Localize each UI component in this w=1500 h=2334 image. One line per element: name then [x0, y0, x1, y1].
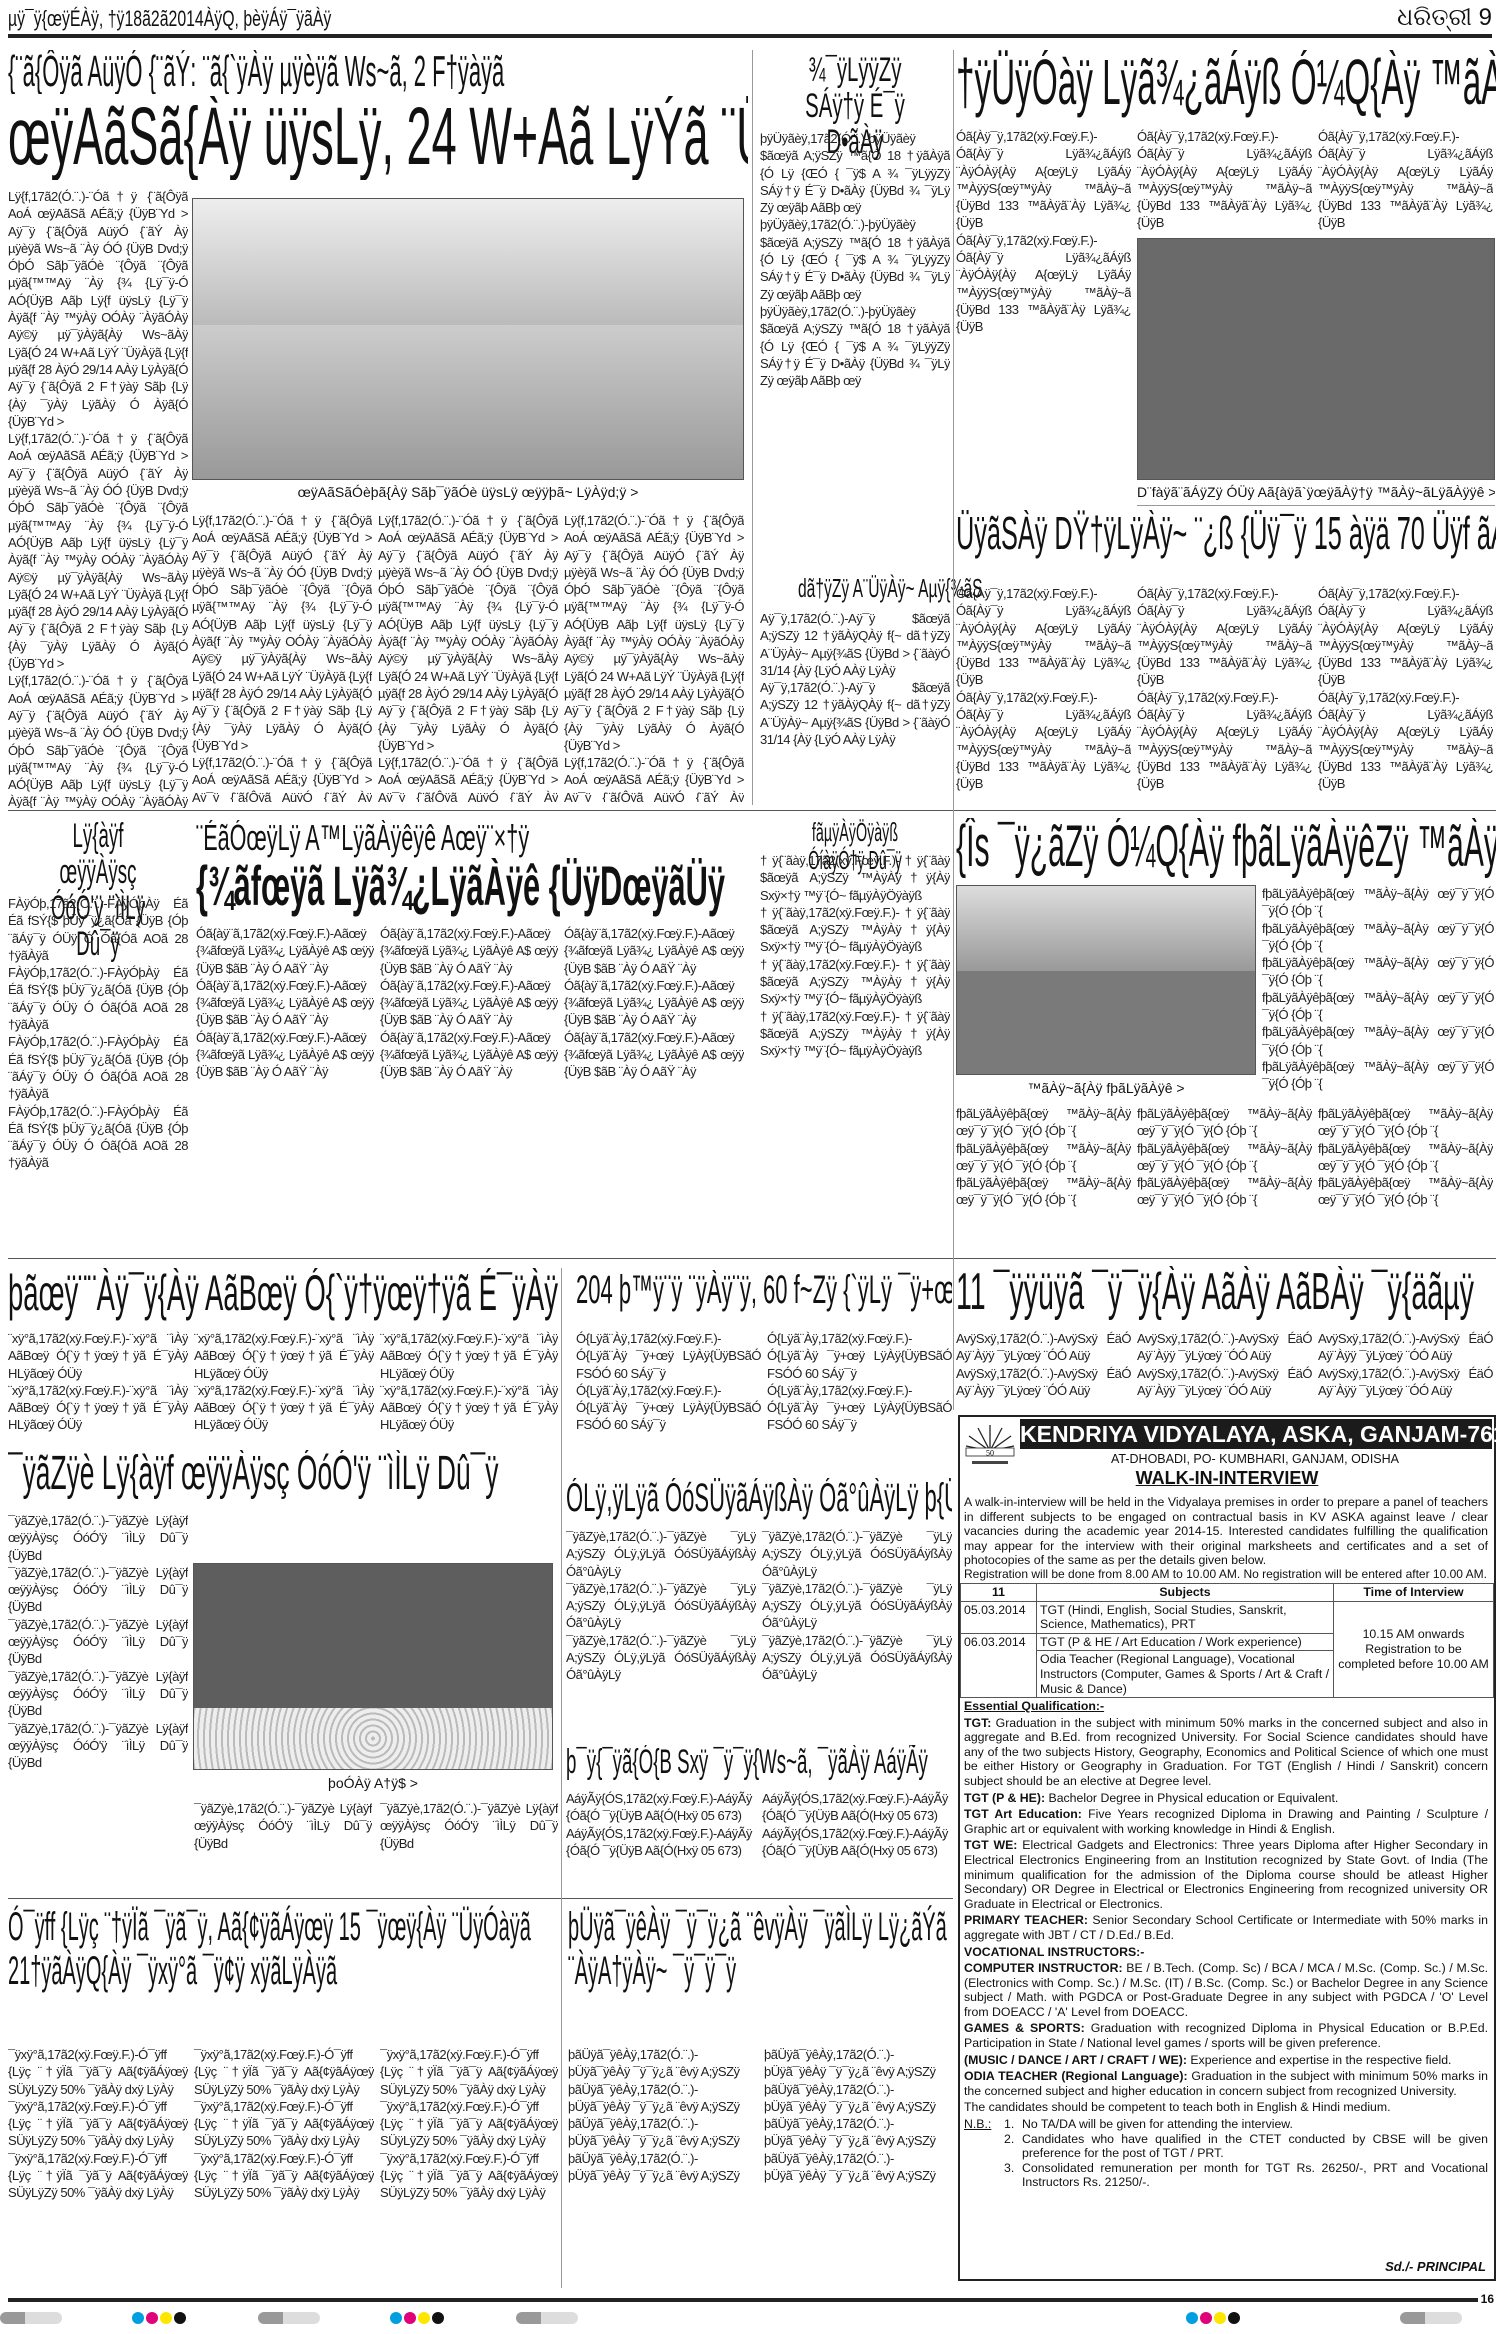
registration-note: Registration will be done from 8.00 AM t…	[964, 1567, 1488, 1582]
qualification-item: COMPUTER INSTRUCTOR: BE / B.Tech. (Comp.…	[964, 1961, 1488, 2019]
cyan-registration-dot	[390, 2312, 402, 2324]
section-name: ଧରିତ୍ରୀ	[1397, 4, 1472, 31]
top-mid-body: þÿÜÿãèÿ,17ã2(Ó.¨.)-þÿÜÿãèÿ $ãœÿã A;ÿSZÿ …	[760, 130, 950, 570]
page-code: 16	[1481, 2292, 1494, 2306]
row4-left-headline: ¯ÿãZÿè Lÿ{àÿf œÿÿÀÿsç ÓóÓ'ÿ ¨ìÌLÿ Dû¯ÿ	[8, 1450, 558, 1504]
lead-body-col1: Lÿ{f,17ã2(Ó.¨.)-¨Óã†ÿ {¨ã{Ôÿã AoÁ œÿAãSã…	[8, 188, 188, 808]
row3-right-body-col1: AvÿSxÿ,17ã2(Ó.¨.)-AvÿSxÿ ÉäÓ Aÿ¨Àÿÿ ¯ÿLÿ…	[956, 1330, 1131, 1410]
masthead-rule	[8, 34, 1492, 38]
lead-headline: œÿAãSã{Àÿ üÿsLÿ, 24 W+Aã LÿÝã ¨ÜÿÀÿã	[8, 96, 748, 178]
row4-left-body-col2: ¯ÿãZÿè,17ã2(Ó.¨.)-¯ÿãZÿè Lÿ{àÿf œÿÿÀÿsç …	[194, 1800, 372, 1892]
row2-narrow-body: †ÿ{¨ãàÿ,17ã2(xÿ.Fœÿ.F.)-†ÿ{¨ãàÿ $ãœÿã A;…	[760, 852, 950, 1250]
yellow-registration-dot	[1214, 2312, 1226, 2324]
masthead: µÿ¯ÿ{œÿÉÀÿ, †ÿ18ã2ã2014ÀÿQ, þèÿÁÿ¯ÿãÀÿ ଧ…	[8, 0, 1492, 40]
row5-mid-headline: þÜÿã¯ÿêÀÿ ¯ÿ¯ÿ¿ã ¨êvÿÀÿ ¯ÿãÌLÿ Lÿ¿ãÝã ¨À…	[568, 1905, 952, 2045]
row2-right-headline: {Îs ¯ÿ¿ãZÿ Ó¼Q{Àÿ fþãLÿãÀÿêZÿ ™ãÀÿ~ã	[956, 818, 1496, 880]
col-header-time: Time of Interview	[1334, 1584, 1494, 1602]
row4-photo-caption: þoÓÀÿ A†ÿ$ >	[193, 1775, 553, 1791]
lead-photo-caption: œÿAãSãÓèþã{Àÿ Sãþ¯ÿãÓè üÿsLÿ œÿÿþã~ LÿÀÿ…	[192, 484, 744, 500]
top-mid-sub-body: Aÿ¯ÿ,17ã2(Ó.¨.)-Aÿ¯ÿ $ãœÿã A;ÿSZÿ 12 †ÿã…	[760, 610, 950, 805]
magenta-registration-dot	[146, 2312, 158, 2324]
essential-heading: Essential Qualification:-	[964, 1699, 1488, 1714]
page-number: 9	[1479, 4, 1492, 31]
top-right-headline: †ÿÜÿÓàÿ Lÿã¾¿ãÁÿß Ó¼Q{Àÿ ™ãÀÿ~ã ¨†ÿ¿ãÜÿ†…	[956, 50, 1496, 120]
row4-mid-body-col2: ¯ÿãZÿè,17ã2(Ó.¨.)-¯ÿãZÿè ¯ÿLÿ A;ÿSZÿ ÓLÿ…	[762, 1528, 952, 1738]
top-right-photo-meeting	[1137, 238, 1495, 480]
yellow-registration-dot	[160, 2312, 172, 2324]
ad-intro: A walk-in-interview will be held in the …	[964, 1495, 1488, 1568]
institution-name: KENDRIYA VIDYALAYA, ASKA, GANJAM-761111	[1020, 1419, 1492, 1449]
row3-right-headline: 11 ¯ÿÿüÿã ¯ÿ¯ÿ{Àÿ AãÀÿ AãBÀÿ ¯ÿ{äãµÿ	[956, 1266, 1496, 1324]
registration-bar	[258, 2312, 320, 2324]
interview-schedule-table: 11 Subjects Time of Interview 05.03.2014…	[960, 1583, 1494, 1698]
registration-bar	[0, 2312, 62, 2324]
row5-left-headline: Ó¯ÿff {Lÿç ¨†ÿÏã ¯ÿã¯ÿ, Aã{¢ÿãÁÿœÿ 15 ¯ÿ…	[8, 1905, 558, 2045]
section-divider	[8, 1898, 953, 1899]
row2-right-body-col2: fþãLÿãÀÿêþã{œÿ ™ãÀÿ~ã{Àÿ œÿ¯ÿ¯ÿ{Ó ¯ÿ{Ó {…	[956, 1105, 1131, 1250]
row5-left-body-col2: ¯ÿxÿ°ã,17ã2(xÿ.Fœÿ.F.)-Ó¯ÿff {Lÿç ¨†ÿÏã …	[194, 2046, 374, 2286]
kendriya-vidyalaya-sunburst-logo-icon: 50	[964, 1421, 1016, 1473]
page-label: ଧରିତ୍ରୀ 9	[1397, 4, 1492, 32]
row2-left-body: FÀÿÓþ,17ã2(Ó.¨.)-FÀÿÓþÀÿ Éã Éã fSÝ{$ þÜÿ…	[8, 895, 188, 1250]
row4-mid-subheadline: þ¯ÿ{¯ÿã{Ó{B Sxÿ ¯ÿ¯ÿ{Ws~ã, ¯ÿãÀÿ AáÿÃÿ	[566, 1745, 952, 1785]
qualifications: Essential Qualification:- TGT: Graduatio…	[964, 1699, 1488, 2190]
competence-note: The candidates should be competent to te…	[964, 2100, 1488, 2115]
row4-left-body-col3: ¯ÿãZÿè,17ã2(Ó.¨.)-¯ÿãZÿè Lÿ{àÿf œÿÿÀÿsç …	[380, 1800, 558, 1892]
svg-text:50: 50	[986, 1449, 994, 1458]
top-right-body-col4: Óã{Àÿ¯ÿ,17ã2(xÿ.Fœÿ.F.)-Óã{Àÿ¯ÿ Lÿã¾¿ãÁÿ…	[956, 585, 1131, 805]
col-header-date: 11	[961, 1584, 1037, 1602]
top-right-body-col2: Óã{Àÿ¯ÿ,17ã2(xÿ.Fœÿ.F.)-Óã{Àÿ¯ÿ Lÿã¾¿ãÁÿ…	[1137, 128, 1312, 233]
row4-mid-body-col1: ¯ÿãZÿè,17ã2(Ó.¨.)-¯ÿãZÿè ¯ÿLÿ A;ÿSZÿ ÓLÿ…	[566, 1528, 756, 1738]
row2-mid-headline-end	[564, 858, 746, 920]
row5-left-body-col3: ¯ÿxÿ°ã,17ã2(xÿ.Fœÿ.F.)-Ó¯ÿff {Lÿç ¨†ÿÏã …	[380, 2046, 558, 2286]
row2-right-photo-caption: ™ãÀÿ~ã{Àÿ fþãLÿãÀÿê >	[956, 1080, 1256, 1096]
divider	[1137, 505, 1495, 506]
kv-aska-walk-in-advertisement: 50 KENDRIYA VIDYALAYA, ASKA, GANJAM-7611…	[958, 1415, 1496, 2281]
row4-mid-sub-body-col2: AáÿÃÿ{ÓS,17ã2(xÿ.Fœÿ.F.)-AáÿÃÿ {Óã{Ó ¯ÿ{…	[762, 1790, 952, 1892]
row2-mid-body-col3: Óã{àÿ¨ã,17ã2(xÿ.Fœÿ.F.)-Aãœÿ {¾ãfœÿã Lÿã…	[564, 925, 744, 1250]
dateline: µÿ¯ÿ{œÿÉÀÿ, †ÿ18ã2ã2014ÀÿQ, þèÿÁÿ¯ÿãÀÿ	[8, 6, 331, 32]
column-rule	[953, 50, 954, 1410]
section-divider	[8, 810, 1496, 811]
qualification-item: VOCATIONAL INSTRUCTORS:-	[964, 1945, 1488, 1960]
row2-right-photo-protest	[956, 885, 1256, 1075]
lead-body-col2: Lÿ{f,17ã2(Ó.¨.)-¨Óã†ÿ {¨ã{Ôÿã AoÁ œÿAãSã…	[192, 512, 372, 802]
row3-mid-headline: 204 þ™ÿ¨ÿ ¨ÿÀÿ¨ÿ, 60 f~Zÿ {`ÿLÿ ¯ÿ+œÿ	[576, 1270, 952, 1316]
lead-story: {¨ã{Ôÿã AüÿÓ {¨ãÝ: ¨ã{`ÿÀÿ µÿèÿã Ws~ã, 2…	[8, 50, 748, 180]
qualification-item: ODIA TEACHER (Regional Language): Gradua…	[964, 2069, 1488, 2098]
row4-left-body-col1: ¯ÿãZÿè,17ã2(Ó.¨.)-¯ÿãZÿè Lÿ{àÿf œÿÿÀÿsç …	[8, 1512, 188, 1892]
magenta-registration-dot	[404, 2312, 416, 2324]
row3-mid-body-col2: Ó{Lÿã¨Àÿ,17ã2(xÿ.Fœÿ.F.)-Ó{Lÿã¨Àÿ ¯ÿ+œÿ …	[767, 1330, 952, 1440]
row3-mid-body-col1: Ó{Lÿã¨Àÿ,17ã2(xÿ.Fœÿ.F.)-Ó{Lÿã¨Àÿ ¯ÿ+œÿ …	[576, 1330, 761, 1440]
row3-left-body-col2: ¨xÿ°ã,17ã2(xÿ.Fœÿ.F.)-¨xÿ°ã ¨ìÀÿ AãBœÿ Ó…	[194, 1330, 374, 1440]
top-right-body-col5: Óã{Àÿ¯ÿ,17ã2(xÿ.Fœÿ.F.)-Óã{Àÿ¯ÿ Lÿã¾¿ãÁÿ…	[1137, 585, 1312, 805]
lead-kicker: {¨ã{Ôÿã AüÿÓ {¨ãÝ: ¨ã{`ÿÀÿ µÿèÿã Ws~ã, 2…	[8, 50, 504, 94]
top-mid-subheadline: dã†ÿZÿ A¨ÜÿÀÿ~ Aµÿ{¾ãS	[760, 575, 950, 601]
registration-bar	[516, 2312, 578, 2324]
row3-right-body-col3: AvÿSxÿ,17ã2(Ó.¨.)-AvÿSxÿ ÉäÓ Aÿ¨Àÿÿ ¯ÿLÿ…	[1318, 1330, 1493, 1410]
row4-mid-sub-body-col1: AáÿÃÿ{ÓS,17ã2(xÿ.Fœÿ.F.)-AáÿÃÿ {Óã{Ó ¯ÿ{…	[566, 1790, 756, 1892]
qualification-item: TGT WE: Electrical Gadgets and Electroni…	[964, 1838, 1488, 1911]
lead-body-col4: Lÿ{f,17ã2(Ó.¨.)-¨Óã†ÿ {¨ã{Ôÿã AoÁ œÿAãSã…	[564, 512, 744, 802]
magenta-registration-dot	[1200, 2312, 1212, 2324]
column-rule	[752, 50, 753, 805]
row5-left-body-col1: ¯ÿxÿ°ã,17ã2(xÿ.Fœÿ.F.)-Ó¯ÿff {Lÿç ¨†ÿÏã …	[8, 2046, 188, 2286]
top-right-body-col1: Óã{Àÿ¯ÿ,17ã2(xÿ.Fœÿ.F.)-Óã{Àÿ¯ÿ Lÿã¾¿ãÁÿ…	[956, 128, 1131, 483]
principal-signature: Sd./- PRINCIPAL	[1385, 2260, 1486, 2275]
row2-right-body-col1: fþãLÿãÀÿêþã{œÿ ™ãÀÿ~ã{Àÿ œÿ¯ÿ¯ÿ{Ó ¯ÿ{Ó {…	[1262, 885, 1494, 1100]
table-row: 05.03.2014 TGT (Hindi, English, Social S…	[961, 1601, 1494, 1633]
row5-mid-body-col2: þãÜÿã¯ÿêÀÿ,17ã2(Ó.¨.)-þÜÿã¯ÿêÀÿ ¯ÿ¯ÿ¿ã ¨…	[764, 2046, 952, 2286]
table-header-row: 11 Subjects Time of Interview	[961, 1584, 1494, 1602]
ad-title: WALK-IN-INTERVIEW	[960, 1471, 1494, 1486]
qualification-item: TGT (P & HE): Bachelor Degree in Physica…	[964, 1791, 1488, 1806]
lead-body-col3: Lÿ{f,17ã2(Ó.¨.)-¨Óã†ÿ {¨ã{Ôÿã AoÁ œÿAãSã…	[378, 512, 558, 802]
row2-mid-kicker: ¨ÉãÓœÿLÿ A™LÿãÀÿêÿê Aœÿ¨×†ÿ	[196, 820, 746, 860]
black-registration-dot	[432, 2312, 444, 2324]
black-registration-dot	[1228, 2312, 1240, 2324]
top-right-body-col6: Óã{Àÿ¯ÿ,17ã2(xÿ.Fœÿ.F.)-Óã{Àÿ¯ÿ Lÿã¾¿ãÁÿ…	[1318, 585, 1493, 805]
institution-address: AT-DHOBADI, PO- KUMBHARI, GANJAM, ODISHA	[1020, 1452, 1490, 1467]
lead-photo-road-blockade	[192, 198, 744, 480]
col-header-subjects: Subjects	[1037, 1584, 1334, 1602]
row2-right-body-col3: fþãLÿãÀÿêþã{œÿ ™ãÀÿ~ã{Àÿ œÿ¯ÿ¯ÿ{Ó ¯ÿ{Ó {…	[1137, 1105, 1312, 1250]
cyan-registration-dot	[1186, 2312, 1198, 2324]
top-right-body-col3: Óã{Àÿ¯ÿ,17ã2(xÿ.Fœÿ.F.)-Óã{Àÿ¯ÿ Lÿã¾¿ãÁÿ…	[1318, 128, 1493, 233]
row3-left-headline: þãœÿ¨¨Àÿ¯ÿ{Àÿ AãBœÿ Ó{`ÿ†ÿœÿ†ÿã É¯ÿÀÿ	[8, 1268, 558, 1324]
row5-mid-body-col1: þãÜÿã¯ÿêÀÿ,17ã2(Ó.¨.)-þÜÿã¯ÿêÀÿ ¯ÿ¯ÿ¿ã ¨…	[568, 2046, 758, 2286]
subjects-cell: TGT (Hindi, English, Social Studies, San…	[1037, 1601, 1334, 1633]
row2-mid-body-col2: Óã{àÿ¨ã,17ã2(xÿ.Fœÿ.F.)-Aãœÿ {¾ãfœÿã Lÿã…	[380, 925, 558, 1250]
section-divider	[8, 1258, 1496, 1259]
row3-left-body-col1: ¨xÿ°ã,17ã2(xÿ.Fœÿ.F.)-¨xÿ°ã ¨ìÀÿ AãBœÿ Ó…	[8, 1330, 188, 1440]
row3-left-body-col3: ¨xÿ°ã,17ã2(xÿ.Fœÿ.F.)-¨xÿ°ã ¨ìÀÿ AãBœÿ Ó…	[380, 1330, 558, 1440]
footer-rule	[8, 2298, 1478, 2302]
nb-notes: N.B.:1.No TA/DA will be given for attend…	[964, 2117, 1488, 2190]
cyan-registration-dot	[132, 2312, 144, 2324]
date-cell: 06.03.2014	[961, 1633, 1037, 1697]
subjects-cell: Odia Teacher (Regional Language), Vocati…	[1037, 1651, 1334, 1698]
qualification-item: GAMES & SPORTS: Graduation with recogniz…	[964, 2021, 1488, 2050]
yellow-registration-dot	[418, 2312, 430, 2324]
row2-right-body-col4: fþãLÿãÀÿêþã{œÿ ™ãÀÿ~ã{Àÿ œÿ¯ÿ¯ÿ{Ó ¯ÿ{Ó {…	[1318, 1105, 1493, 1250]
row2-mid-body-col1: Óã{àÿ¨ã,17ã2(xÿ.Fœÿ.F.)-Aãœÿ {¾ãfœÿã Lÿã…	[196, 925, 374, 1250]
registration-bar	[1400, 2312, 1462, 2324]
time-cell: 10.15 AM onwards Registration to be comp…	[1334, 1601, 1494, 1698]
top-right-photo-caption: D¨fàÿã¨ãÁÿZÿ ÓÜÿ Aã{àÿã`ÿœÿãÀÿ†ÿ ™ãÀÿ~ãL…	[1137, 484, 1495, 500]
qualification-item: TGT Art Education: Five Years recognized…	[964, 1807, 1488, 1836]
subjects-cell: TGT (P & HE / Art Education / Work exper…	[1037, 1633, 1334, 1651]
qualification-item: (MUSIC / DANCE / ART / CRAFT / WE): Expe…	[964, 2053, 1488, 2068]
qualification-item: PRIMARY TEACHER: Senior Secondary School…	[964, 1913, 1488, 1942]
row4-mid-headline: ÓLÿ,ÿLÿã ÓóSÜÿãÁÿßÀÿ Óã°ûÀÿLÿ þ{ÜÿãŸû¯ÿ	[566, 1478, 952, 1522]
black-registration-dot	[174, 2312, 186, 2324]
qualification-item: TGT: Graduation in the subject with mini…	[964, 1716, 1488, 1789]
row3-right-body-col2: AvÿSxÿ,17ã2(Ó.¨.)-AvÿSxÿ ÉäÓ Aÿ¨Àÿÿ ¯ÿLÿ…	[1137, 1330, 1312, 1410]
row4-photo-annual-function	[193, 1563, 553, 1770]
date-cell: 05.03.2014	[961, 1601, 1037, 1633]
top-right-headline2: ÜÿãSÀÿ DŸ†ÿLÿÀÿ~ ¨¿ß {Üÿ¯ÿ 15 àÿä 70 Üÿf…	[956, 510, 1496, 562]
column-rule	[561, 1268, 562, 2288]
